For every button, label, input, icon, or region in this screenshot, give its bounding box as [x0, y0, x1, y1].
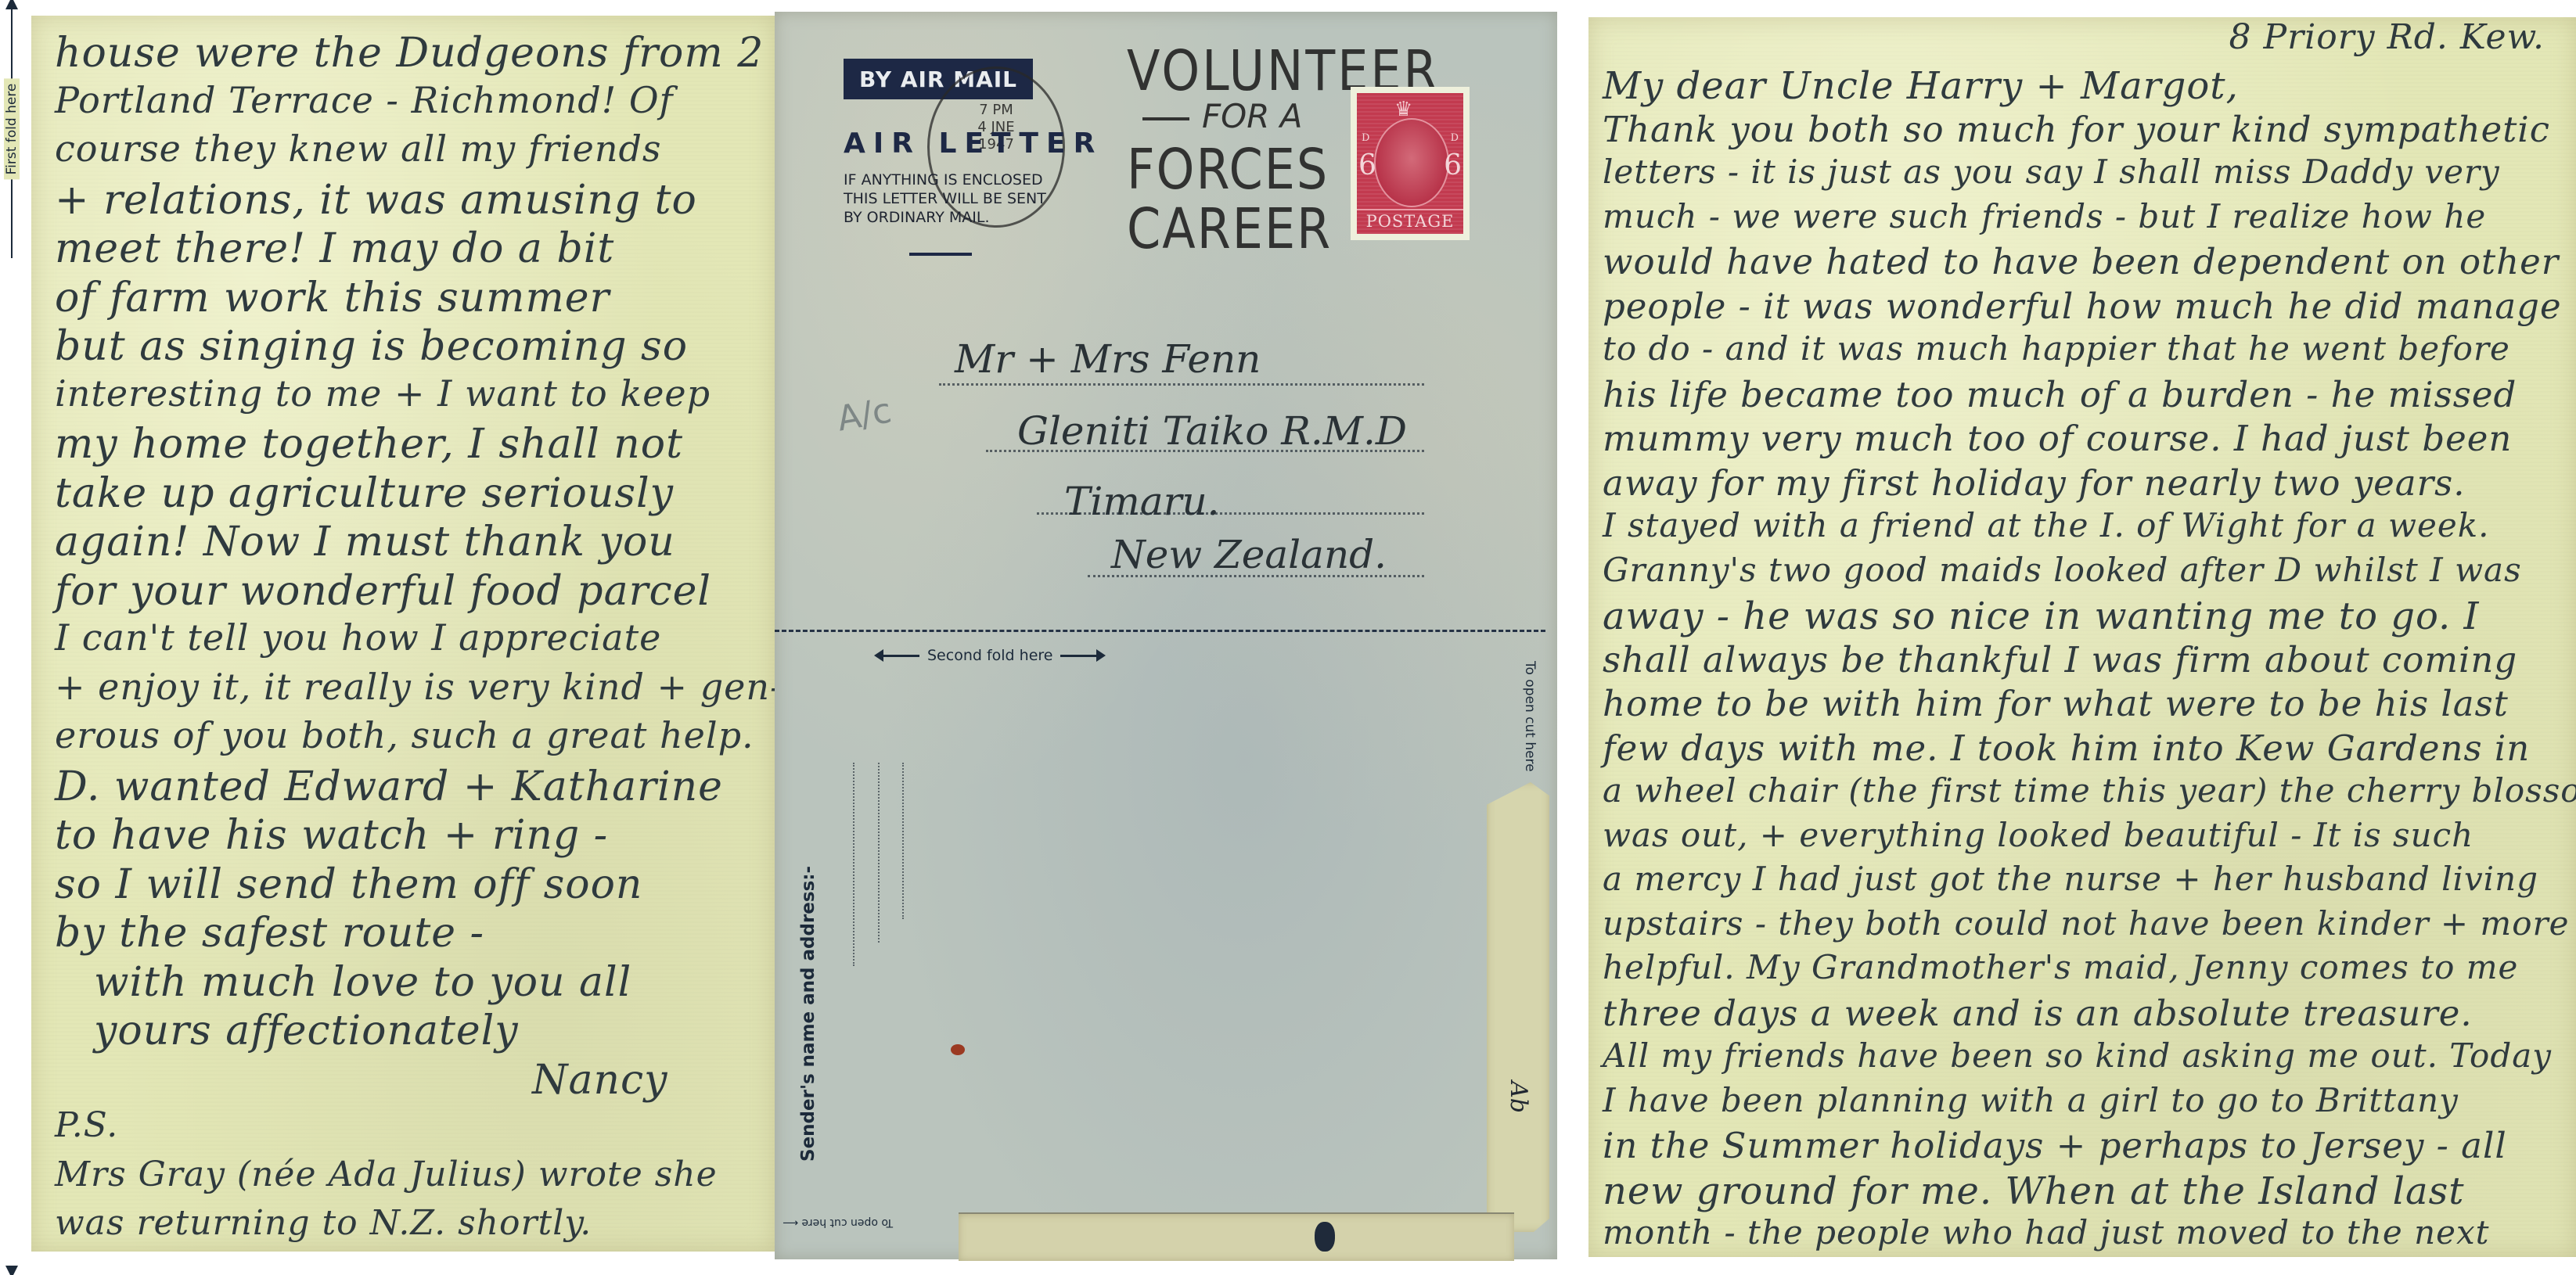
handwritten-line: again! Now I must thank you [31, 519, 775, 566]
address-line-city: Timaru. [1064, 479, 1220, 524]
divider [909, 253, 972, 256]
handwritten-line: of farm work this summer [31, 275, 775, 321]
address-rule [939, 383, 1424, 386]
handwritten-line: month - the people who had just moved to… [1588, 1213, 2576, 1252]
notice-line: THIS LETTER WILL BE SENT [844, 189, 1094, 208]
dash-mark [1142, 117, 1189, 120]
slogan-line-3: FORCES CAREER [1127, 140, 1545, 259]
handwritten-line: Nancy [31, 1057, 775, 1104]
handwritten-line: a mercy I had just got the nurse + her h… [1588, 860, 2576, 898]
stamp-face: ♛ D D 6 6 POSTAGE [1357, 93, 1463, 234]
bottom-tab [959, 1212, 1514, 1261]
second-fold-marker: Second fold here [880, 647, 1131, 664]
stamp-value-left: 6 [1358, 149, 1376, 181]
handwritten-line: his life became too much of a burden - h… [1588, 374, 2576, 415]
handwritten-line: new ground for me. When at the Island la… [1588, 1169, 2576, 1213]
handwritten-line: for your wonderful food parcel [31, 568, 775, 615]
handwritten-line: All my friends have been so kind asking … [1588, 1036, 2576, 1075]
handwritten-line: much - we were such friends - but I real… [1588, 197, 2576, 235]
flap-annotation: Ab [1505, 1081, 1532, 1113]
address-line-country: New Zealand. [1111, 532, 1387, 577]
handwritten-line: to do - and it was much happier that he … [1588, 329, 2576, 368]
handwritten-line: away for my first holiday for nearly two… [1588, 462, 2576, 504]
handwritten-line: D. wanted Edward + Katharine [31, 763, 775, 810]
handwritten-line: but as singing is becoming so [31, 323, 775, 370]
address-line-street: Gleniti Taiko R.M.D [1017, 408, 1407, 454]
notice-line: IF ANYTHING IS ENCLOSED [844, 171, 1094, 189]
address-rule [1037, 512, 1424, 515]
handwritten-line: + relations, it was amusing to [31, 177, 775, 224]
enclosure-notice: IF ANYTHING IS ENCLOSED THIS LETTER WILL… [844, 171, 1094, 227]
handwritten-line: was out, + everything looked beautiful -… [1588, 816, 2576, 854]
ink-blot [1315, 1222, 1335, 1252]
letter-page-left: house were the Dudgeons from 2Portland T… [31, 16, 775, 1252]
stamp-value-right: 6 [1444, 149, 1462, 181]
handwritten-line: few days with me. I took him into Kew Ga… [1588, 727, 2576, 769]
handwritten-line: I stayed with a friend at the I. of Wigh… [1588, 506, 2576, 544]
handwritten-line: away - he was so nice in wanting me to g… [1588, 594, 2576, 638]
arrow-left-icon [880, 655, 919, 657]
stain [951, 1044, 965, 1055]
side-flap [1487, 782, 1549, 1232]
air-letter-title: AIR LETTER [844, 127, 1103, 160]
handwritten-line: in the Summer holidays + perhaps to Jers… [1588, 1125, 2576, 1166]
air-letter-front: BY AIR MAIL 7 PM 4 JNE 1947 AIR LETTER I… [775, 12, 1545, 630]
address-rule [1088, 575, 1424, 577]
handwritten-line: would have hated to have been dependent … [1588, 241, 2576, 282]
handwritten-line: people - it was wonderful how much he di… [1588, 286, 2576, 327]
sender-address-label: Sender's name and address:- [798, 866, 818, 1162]
handwritten-line: Granny's two good maids looked after D w… [1588, 551, 2576, 589]
arrow-up-icon [5, 0, 18, 9]
handwritten-line: I can't tell you how I appreciate [31, 616, 775, 659]
handwritten-line: Thank you both so much for your kind sym… [1588, 109, 2576, 150]
sender-rule [878, 763, 880, 943]
address-line-name: Mr + Mrs Fenn [955, 336, 1261, 382]
postmark-time: 7 PM [930, 102, 1063, 119]
handwritten-line: by the safest route - [31, 910, 775, 957]
air-letter-back-flap: Second fold here To open cut here Sender… [775, 630, 1545, 1259]
letter-page-right: 8 Priory Rd. Kew. My dear Uncle Harry + … [1588, 17, 2576, 1257]
arrow-right-icon [1060, 655, 1099, 657]
first-fold-label: First fold here [4, 79, 20, 180]
sender-rule [853, 763, 854, 966]
handwritten-line: upstairs - they both could not have been… [1588, 904, 2576, 943]
handwritten-line: house were the Dudgeons from 2 [31, 30, 775, 77]
first-fold-marker: First fold here [0, 0, 23, 258]
handwritten-line: was returning to N.Z. shortly. [31, 1203, 775, 1243]
handwritten-line: P.S. [31, 1105, 775, 1145]
handwritten-line: to have his watch + ring - [31, 812, 775, 859]
handwritten-line: with much love to you all [31, 959, 775, 1006]
handwritten-line: three days a week and is an absolute tre… [1588, 993, 2576, 1034]
handwritten-line: course they knew all my friends [31, 127, 775, 170]
handwritten-line: helpful. My Grandmother's maid, Jenny co… [1588, 948, 2576, 986]
arrow-down-icon [5, 1266, 18, 1275]
handwritten-line: home to be with him for what were to be … [1588, 683, 2576, 724]
slogan-line-1: VOLUNTEER [1127, 41, 1545, 101]
sender-rule [902, 763, 904, 919]
pencil-annotation: A/c [834, 390, 894, 439]
stamp-postage-label: POSTAGE [1357, 209, 1463, 231]
handwritten-line: Portland Terrace - Richmond! Of [31, 79, 775, 121]
open-cut-label-bottom: To open cut here ⟵ [783, 1216, 893, 1229]
handwritten-line: Mrs Gray (née Ada Julius) wrote she [31, 1155, 775, 1194]
second-fold-label: Second fold here [927, 647, 1052, 664]
postage-stamp: ♛ D D 6 6 POSTAGE [1351, 87, 1470, 240]
air-letter-form: BY AIR MAIL 7 PM 4 JNE 1947 AIR LETTER I… [775, 12, 1557, 1259]
handwritten-line: take up agriculture seriously [31, 470, 775, 517]
handwritten-line: so I will send them off soon [31, 861, 775, 908]
stamp-unit-right: D [1451, 132, 1459, 144]
handwritten-line: mummy very much too of course. I had jus… [1588, 418, 2576, 459]
slogan-cancellation: VOLUNTEER FOR A FORCES CAREER [1127, 41, 1545, 243]
handwritten-line: yours affectionately [31, 1007, 775, 1054]
open-cut-label: To open cut here [802, 1216, 894, 1229]
handwritten-line: shall always be thankful I was firm abou… [1588, 639, 2576, 681]
stamp-unit-left: D [1362, 132, 1369, 144]
handwritten-line: my home together, I shall not [31, 421, 775, 468]
handwritten-line: I have been planning with a girl to go t… [1588, 1081, 2576, 1119]
sender-address: 8 Priory Rd. Kew. [2215, 17, 2545, 57]
notice-line: BY ORDINARY MAIL. [844, 208, 1094, 227]
handwritten-line: erous of you both, such a great help. [31, 714, 775, 756]
handwritten-line: letters - it is just as you say I shall … [1588, 153, 2576, 191]
address-rule [986, 450, 1424, 452]
handwritten-line: meet there! I may do a bit [31, 225, 775, 272]
second-fold-line [775, 630, 1545, 632]
open-cut-label: To open cut here [1522, 661, 1538, 772]
handwritten-line: interesting to me + I want to keep [31, 372, 775, 415]
handwritten-line: + enjoy it, it really is very kind + gen… [31, 666, 775, 708]
handwritten-line: a wheel chair (the first time this year)… [1588, 771, 2576, 810]
king-portrait [1374, 118, 1449, 207]
handwritten-line: My dear Uncle Harry + Margot, [1588, 64, 2576, 108]
